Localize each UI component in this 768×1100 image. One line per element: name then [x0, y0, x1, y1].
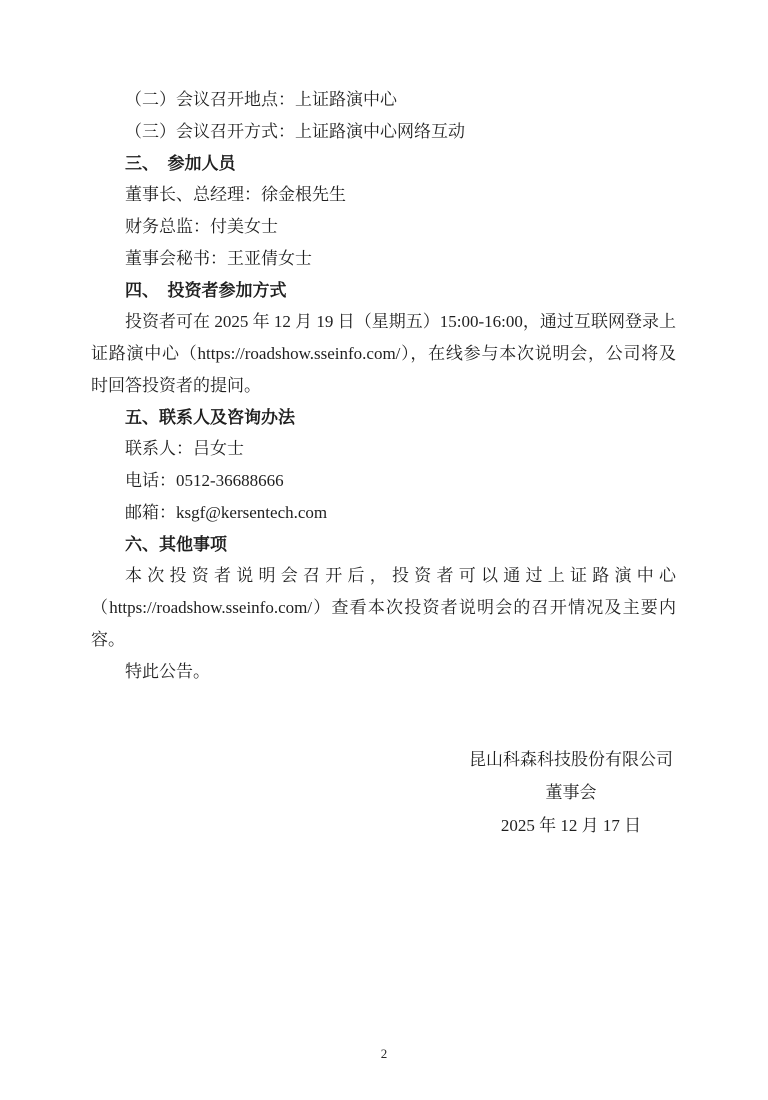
participant-secretary-line: 董事会秘书：王亚倩女士: [91, 243, 676, 275]
document-page: （二）会议召开地点：上证路演中心 （三）会议召开方式：上证路演中心网络互动 三、…: [0, 0, 768, 1100]
contact-email-line: 邮箱：ksgf@kersentech.com: [91, 497, 676, 529]
other-matters-paragraph: 本次投资者说明会召开后，投资者可以通过上证路演中心（https://roadsh…: [91, 560, 676, 655]
contact-phone-line: 电话：0512-36688666: [91, 465, 676, 497]
page-number: 2: [0, 1044, 768, 1064]
section-heading-other: 六、其他事项: [91, 529, 676, 561]
signature-date: 2025 年 12 月 17 日: [466, 809, 676, 842]
section-heading-contact: 五、联系人及咨询办法: [91, 402, 676, 434]
signature-block: 昆山科森科技股份有限公司 董事会 2025 年 12 月 17 日: [466, 743, 676, 842]
participation-method-paragraph: 投资者可在 2025 年 12 月 19 日（星期五）15:00-16:00，通…: [91, 306, 676, 401]
section-heading-participation-method: 四、 投资者参加方式: [91, 275, 676, 307]
signature-board-label: 董事会: [466, 776, 676, 809]
section-heading-participants: 三、 参加人员: [91, 148, 676, 180]
meeting-method-line: （三）会议召开方式：上证路演中心网络互动: [91, 116, 676, 148]
participant-chairman-line: 董事长、总经理：徐金根先生: [91, 179, 676, 211]
contact-person-line: 联系人：吕女士: [91, 433, 676, 465]
meeting-location-line: （二）会议召开地点：上证路演中心: [91, 84, 676, 116]
document-body: （二）会议召开地点：上证路演中心 （三）会议召开方式：上证路演中心网络互动 三、…: [0, 0, 768, 842]
signature-company-name: 昆山科森科技股份有限公司: [466, 743, 676, 776]
participant-cfo-line: 财务总监：付美女士: [91, 211, 676, 243]
announcement-closing-line: 特此公告。: [91, 656, 676, 688]
